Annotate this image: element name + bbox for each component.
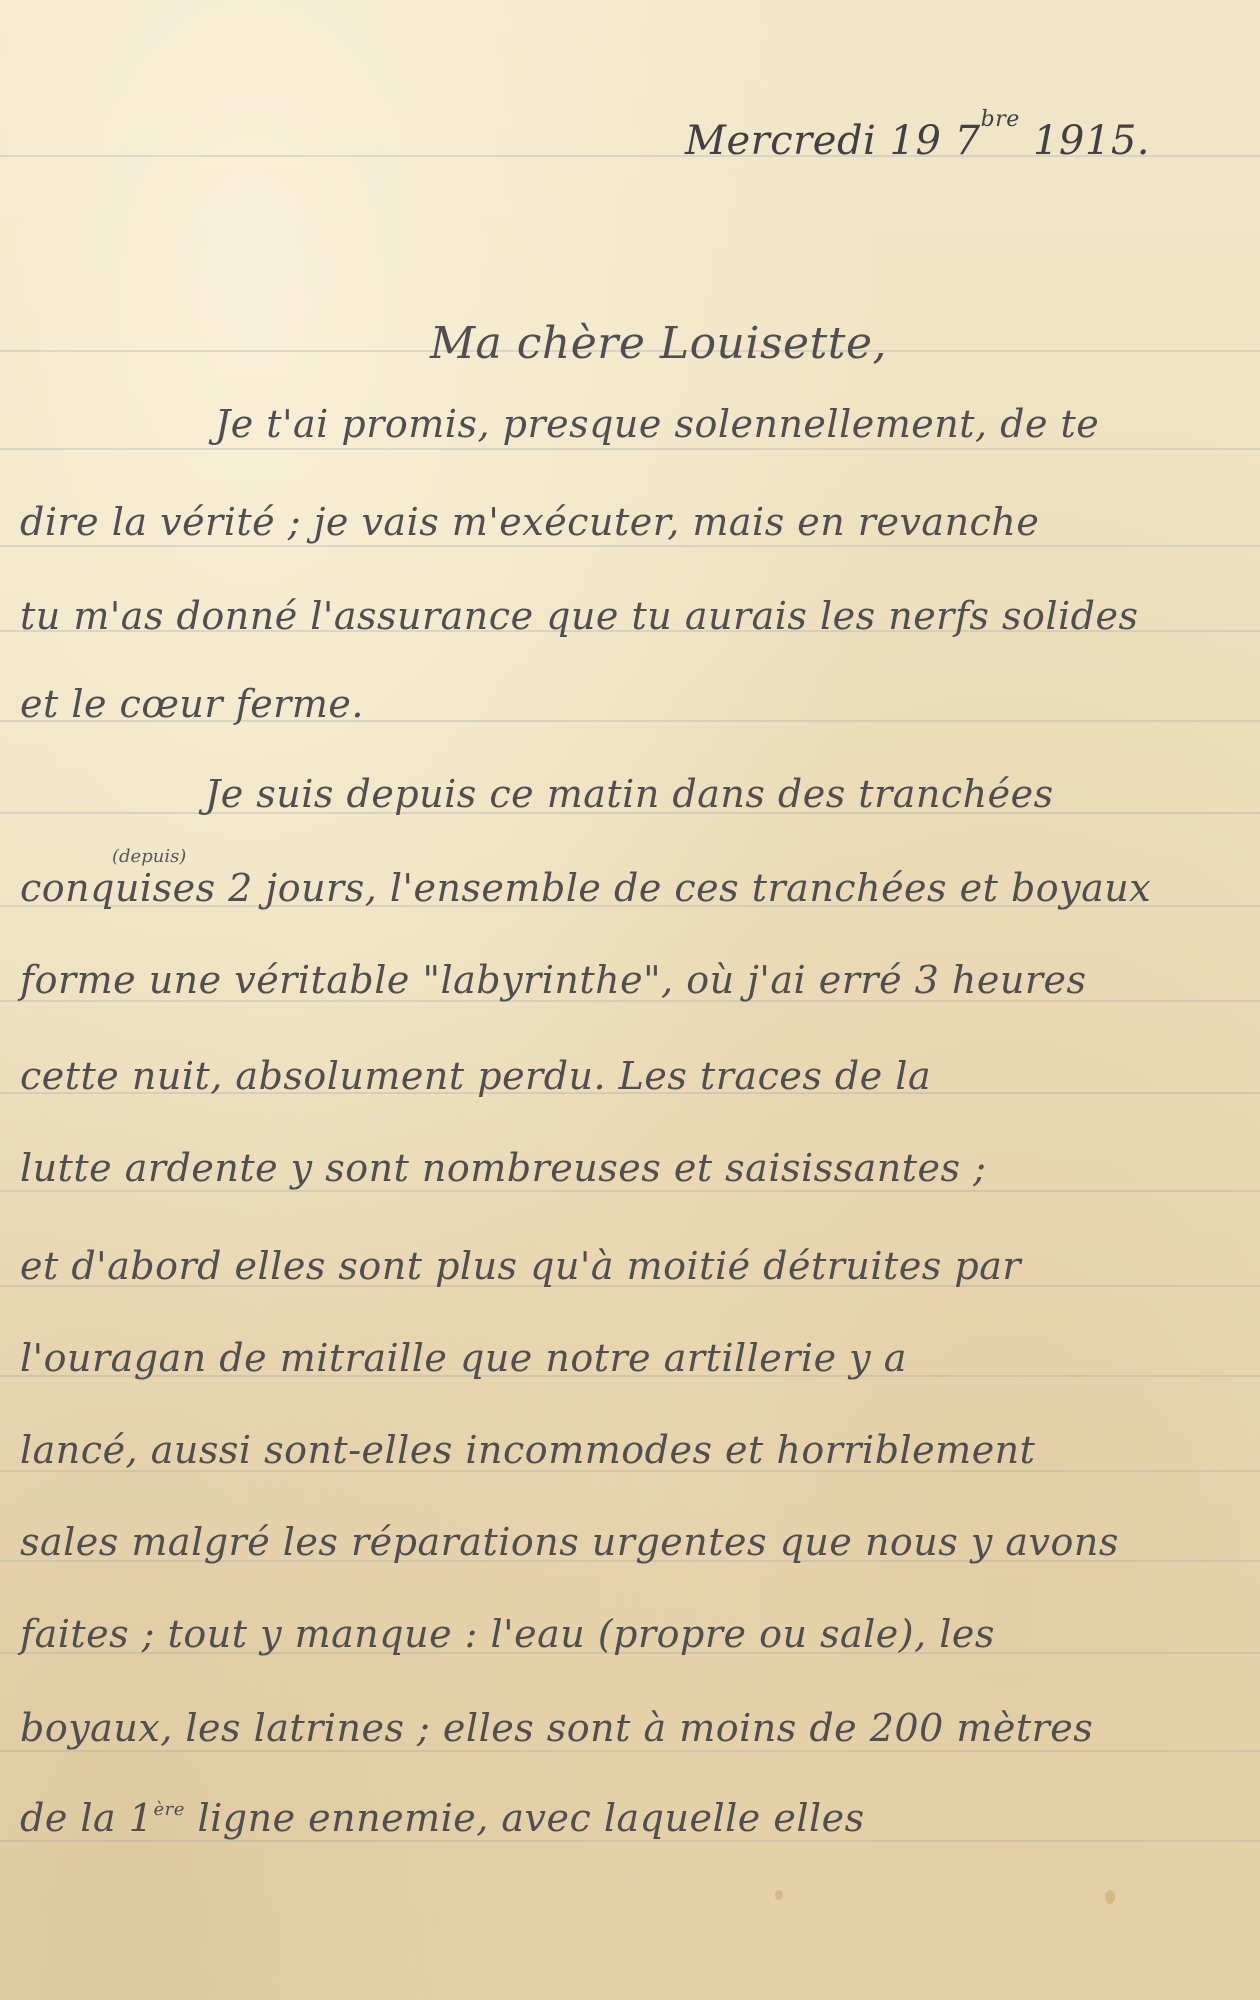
body-line: faites ; tout y manque : l'eau (propre o… [20, 1612, 995, 1656]
ruled-line [0, 545, 1260, 547]
salutation: Ma chère Louisette, [430, 318, 887, 369]
body-line: boyaux, les latrines ; elles sont à moin… [20, 1706, 1093, 1750]
body-line: et le cœur ferme. [20, 682, 364, 726]
body-line: Je t'ai promis, presque solennellement, … [215, 402, 1099, 446]
inserted-word: (depuis) [112, 846, 186, 867]
ruled-line [0, 1190, 1260, 1192]
body-line: cette nuit, absolument perdu. Les traces… [20, 1054, 931, 1098]
body-line-last: de la 1ère ligne ennemie, avec laquelle … [20, 1796, 865, 1840]
body-line: et d'abord elles sont plus qu'à moitié d… [20, 1244, 1021, 1288]
last-line-end: ligne ennemie, avec laquelle elles [185, 1796, 865, 1840]
letter-date: Mercredi 19 7bre 1915. [685, 118, 1150, 164]
body-line: Je suis depuis ce matin dans des tranché… [205, 772, 1054, 816]
last-line-start: de la 1 [20, 1796, 153, 1840]
body-line: conquises 2 jours, l'ensemble de ces tra… [20, 866, 1151, 910]
body-line: lancé, aussi sont-elles incommodes et ho… [20, 1428, 1035, 1472]
letter-page: Mercredi 19 7bre 1915. Ma chère Louisett… [0, 0, 1260, 2000]
body-line: tu m'as donné l'assurance que tu aurais … [20, 594, 1139, 638]
ruled-line [0, 448, 1260, 450]
body-line: lutte ardente y sont nombreuses et saisi… [20, 1146, 986, 1190]
date-month: 7 [955, 118, 981, 164]
date-prefix: Mercredi 19 [685, 118, 955, 164]
body-line: l'ouragan de mitraille que notre artille… [20, 1336, 907, 1380]
body-line: sales malgré les réparations urgentes qu… [20, 1520, 1119, 1564]
paper-stain [1105, 1890, 1115, 1904]
paper-stain [775, 1890, 783, 1900]
ruled-line [0, 1840, 1260, 1842]
ordinal-superscript: ère [153, 1799, 184, 1820]
body-line: dire la vérité ; je vais m'exécuter, mai… [20, 500, 1039, 544]
date-year: 1915. [1020, 118, 1150, 164]
date-month-superscript: bre [981, 107, 1020, 132]
ruled-line [0, 1750, 1260, 1752]
body-line: forme une véritable "labyrinthe", où j'a… [20, 958, 1087, 1002]
